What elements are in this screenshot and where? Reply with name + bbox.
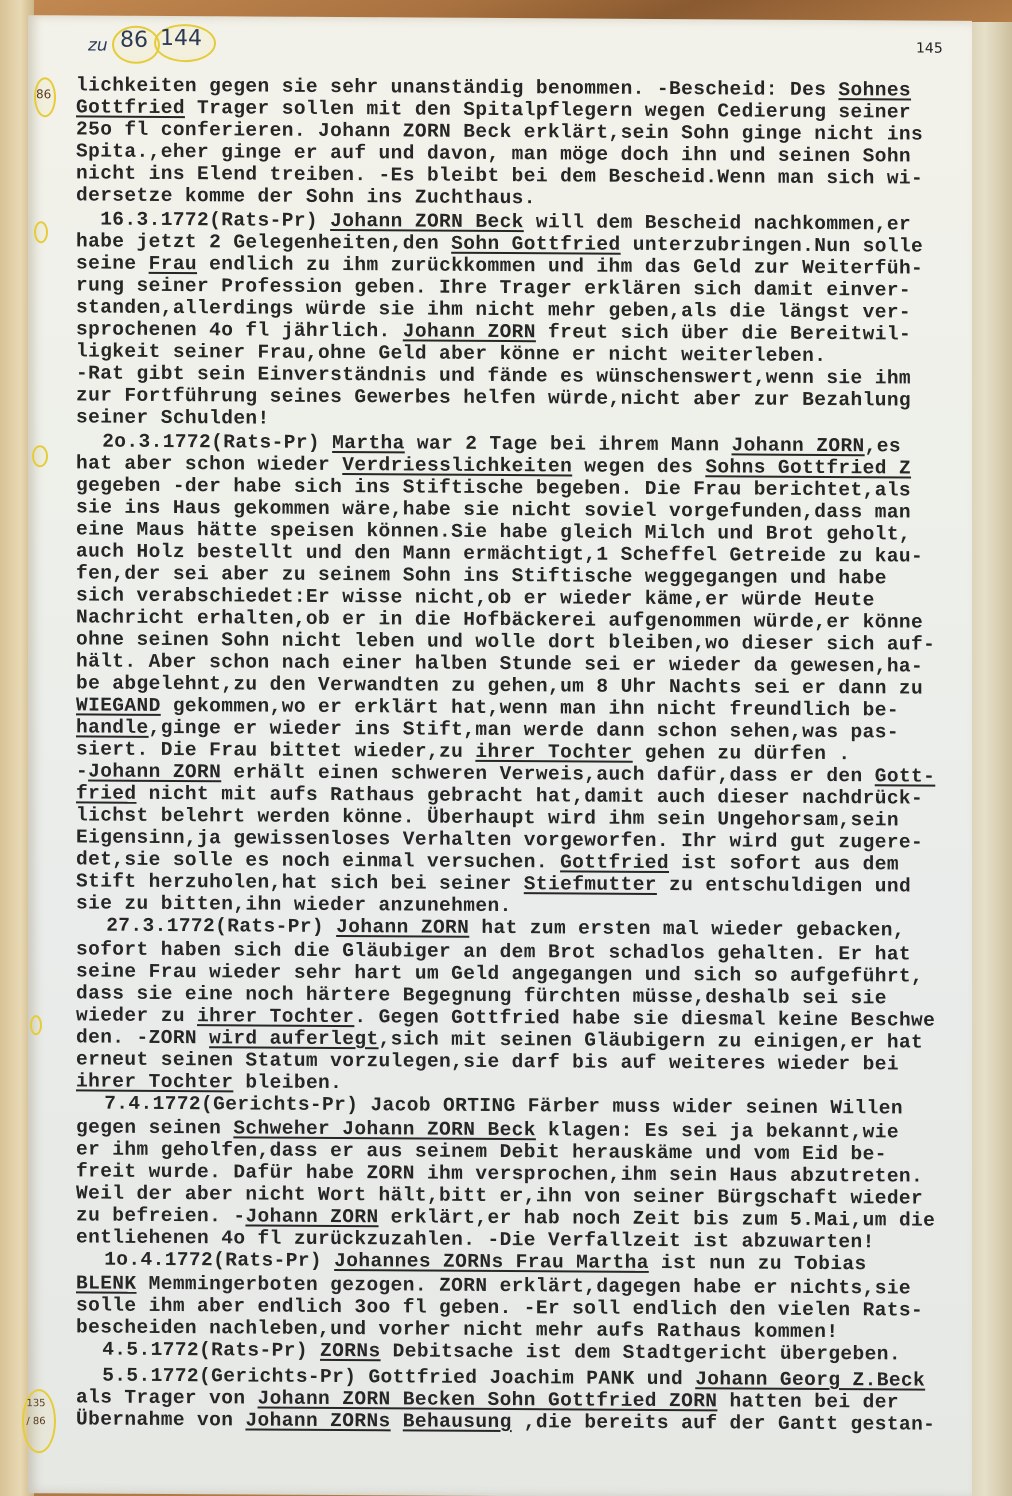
header-ref-a: 86	[120, 28, 148, 53]
margin-mark-circle	[32, 445, 48, 467]
margin-mark: 135 / 86	[26, 1395, 46, 1431]
text-line: 4.5.1772(Rats-Pr) ZORNs Debitsache ist d…	[78, 1337, 901, 1366]
text-line: seiner Schulden!	[76, 405, 270, 430]
margin-mark-circle	[34, 221, 48, 243]
typewritten-page: zu 86 144 145 86 135 / 86 lichkeiten geg…	[28, 15, 972, 1496]
text-line: dersetze komme der Sohn ins Zuchthaus.	[76, 183, 536, 210]
header-prefix: zu	[88, 35, 108, 55]
header-ref-b: 144	[160, 26, 202, 51]
text-line: Übernahme von Johann ZORNs Behausung ,di…	[76, 1407, 935, 1436]
page-number: 145	[916, 41, 943, 57]
page-edges-right	[966, 22, 1012, 1496]
margin-mark-circle	[30, 1015, 42, 1035]
margin-mark: 86	[36, 87, 51, 101]
